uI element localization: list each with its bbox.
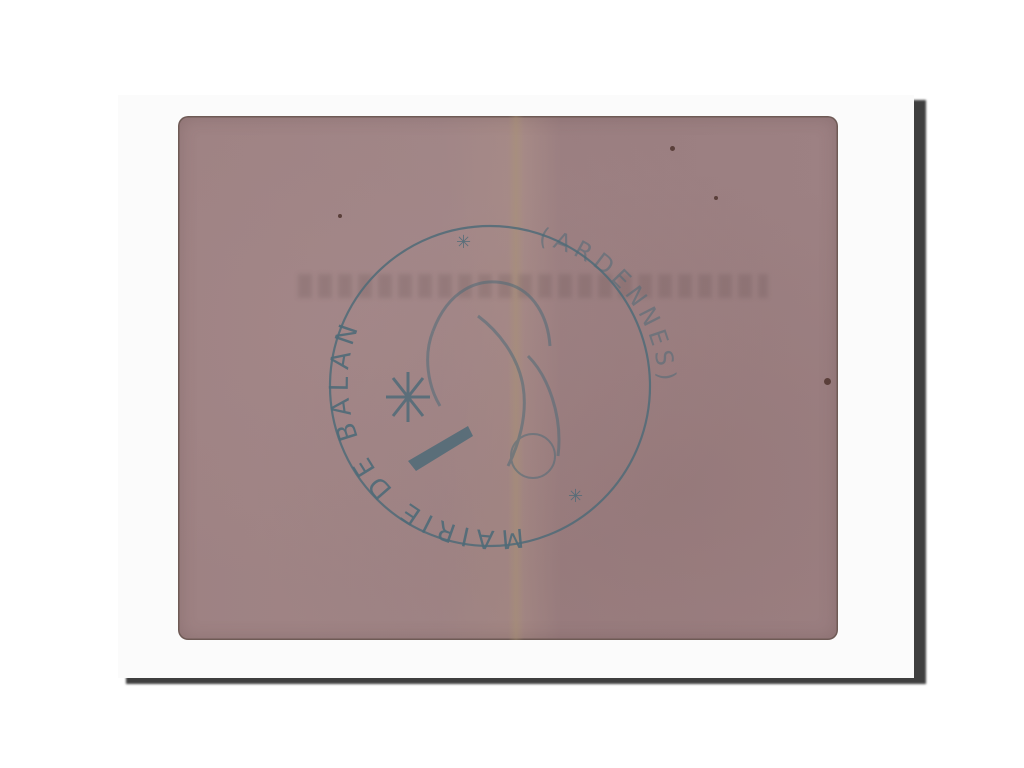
star-icon — [386, 372, 430, 422]
torch-icon — [408, 426, 473, 471]
svg-text:(ARDENNES): (ARDENNES) — [537, 222, 682, 386]
banknote: MAIRIE DE BALAN (ARDENNES) ✳ ✳ — [178, 116, 838, 640]
svg-text:MAIRIE DE BALAN: MAIRIE DE BALAN — [325, 315, 525, 554]
municipal-stamp: MAIRIE DE BALAN (ARDENNES) ✳ ✳ — [178, 116, 838, 640]
asterisk-icon: ✳ — [568, 486, 583, 507]
asterisk-icon: ✳ — [456, 232, 471, 253]
stamp-text-left: MAIRIE DE BALAN — [325, 315, 525, 554]
stamp-text-right: (ARDENNES) — [537, 222, 682, 386]
